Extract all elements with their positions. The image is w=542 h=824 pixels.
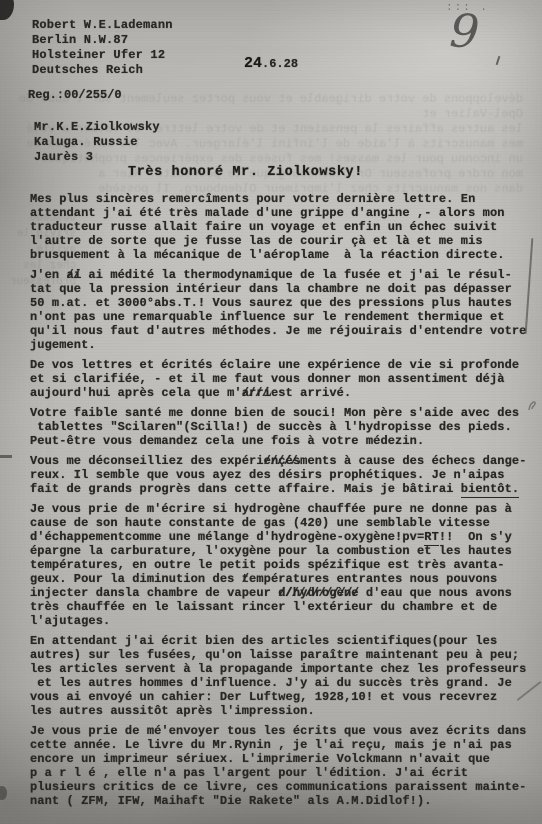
dark-corner-smudge bbox=[0, 0, 14, 20]
text-segment: d/hydrogène bbox=[278, 586, 358, 600]
address-line: Deutsches Reich bbox=[32, 63, 173, 78]
salutation: Très honoré Mr. Ziolkowsky! bbox=[128, 165, 363, 180]
address-line: Berlin N.W.87 bbox=[32, 33, 173, 48]
text-segment: bientôt. bbox=[461, 482, 519, 498]
address-line: Holsteiner Ufer 12 bbox=[32, 48, 173, 63]
text-segment: ai bbox=[67, 268, 82, 282]
scanned-letter-page: développons de votre dirigeable et vous … bbox=[0, 0, 542, 824]
text-segment: Je vous prie de mé'envoyer tous les écri… bbox=[30, 724, 526, 808]
bottom-corner-smudge bbox=[0, 786, 7, 800]
text-segment: Mes plus sincères remercîments pour votr… bbox=[30, 192, 505, 262]
paragraph: J'en ai ai médité la thermodynamique de … bbox=[30, 268, 538, 352]
text-segment: arri bbox=[242, 386, 271, 400]
text-segment: J'en bbox=[30, 268, 67, 282]
paragraph: De vos lettres et écrités éclaire une ex… bbox=[30, 358, 538, 400]
pencil-squiggle-mark bbox=[527, 398, 539, 417]
pen-tick-mark bbox=[496, 56, 501, 65]
letter-date: 24.6.28 bbox=[244, 55, 298, 72]
text-segment: ençés bbox=[264, 454, 301, 468]
address-line: Robert W.E.Lademann bbox=[32, 18, 173, 33]
paragraph: Votre faible santé me donne bien de souc… bbox=[30, 406, 538, 448]
paragraph: En attendant j'ai écrit bien des article… bbox=[30, 634, 538, 718]
text-segment: En attendant j'ai écrit bien des article… bbox=[30, 634, 526, 718]
pencil-left-dash bbox=[0, 455, 12, 458]
paragraph: Vous me déconseilliez des expériençésmen… bbox=[30, 454, 538, 496]
paragraph: Je vous prie de mé'envoyer tous les écri… bbox=[30, 724, 538, 808]
text-segment: Vous me déconseilliez des expéri bbox=[30, 454, 264, 468]
address-line: Kaluga. Russie bbox=[34, 135, 160, 150]
address-line: Mr.K.E.Ziolkowsky bbox=[34, 120, 160, 135]
paragraph: Mes plus sincères remercîments pour votr… bbox=[30, 192, 538, 262]
text-segment: est arrivé. bbox=[271, 386, 351, 400]
recipient-address-block: Mr.K.E.ZiolkowskyKaluga. RussieJaurès 3 bbox=[34, 120, 160, 165]
text-segment: t bbox=[242, 572, 249, 586]
registration-number: Reg.:00/255/0 bbox=[28, 88, 122, 102]
paragraph: Je vous prie de m'écrire si hydrogène ch… bbox=[30, 502, 538, 628]
letter-date-day: 24 bbox=[244, 55, 262, 72]
stamp-dots-mark: ::: . bbox=[446, 2, 489, 14]
address-line: Jaurès 3 bbox=[34, 150, 160, 165]
text-segment: ai médité la thermodynamique de la fusée… bbox=[30, 268, 526, 352]
sender-address-block: Robert W.E.LademannBerlin N.W.87Holstein… bbox=[32, 18, 173, 78]
letter-body: Mes plus sincères remercîments pour votr… bbox=[30, 192, 538, 814]
letter-date-rest: .6.28 bbox=[262, 57, 298, 71]
text-segment: Votre faible santé me donne bien de souc… bbox=[30, 406, 519, 448]
